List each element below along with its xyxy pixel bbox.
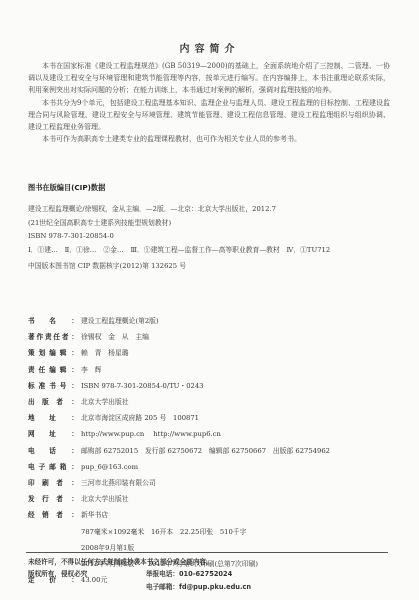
detail-label-colon: ： [71,362,78,378]
detail-label-char: 地 [28,410,35,426]
detail-label-char: 电 [28,443,35,459]
rights-reserved: 版权所有，侵权必究 [28,568,146,580]
detail-label: 策划编辑： [28,345,78,361]
detail-label-char: 策 [28,345,35,361]
detail-row: 网址：http://www.pup.cn http://www.pup6.cn [28,426,330,442]
summary-paragraph: 本书可作为高职高专土建类专业的监理课程教材，也可作为相关专业人员的参考书。 [28,133,390,145]
detail-label-char: 准 [39,378,46,394]
detail-label-char: 著 [28,329,35,345]
cip-line: Ⅰ．①建… Ⅱ．①徐… ②金… Ⅲ．①建筑工程—监督工作—高等职业教育—教材 Ⅳ… [28,244,330,258]
detail-label-char: 话 [49,443,56,459]
summary-body: 本书在国家标准《建设工程监理规范》(GB 50319—2000)的基础上，全面系… [28,60,390,145]
detail-label-char: 者 [56,475,63,491]
detail-label: 印刷者： [28,475,78,491]
detail-value: 邮购部 62752015 发行部 62750672 编辑部 62750667 出… [81,443,330,459]
cip-heading: 图书在版编目(CIP)数据 [28,183,105,193]
detail-label-colon: ： [71,459,78,475]
detail-label-colon: ： [71,345,78,361]
detail-label-colon: ： [71,329,78,345]
detail-label-char: 任 [39,362,46,378]
cip-line: (21世纪全国高职高专土建系列技能型规划教材) [28,217,330,231]
detail-label-char: 发 [28,491,35,507]
copy-notice: 未经许可，不得以任何方式复制或抄袭本书之部分或全部内容。 [28,556,251,568]
detail-row: 发行者：北京大学出版社 [28,491,330,507]
detail-label-colon: ： [71,507,78,523]
detail-label-char: 编 [49,345,56,361]
detail-value: pup_6@163.com [81,459,138,475]
copyright-footer: 未经许可，不得以任何方式复制或抄袭本书之部分或全部内容。 版权所有，侵权必究 举… [28,556,251,593]
detail-label: 地址： [28,410,78,426]
detail-label: 网址： [28,426,78,442]
detail-row: 印刷者：三河市北燕印装有限公司 [28,475,330,491]
cip-line: 中国版本图书馆 CIP 数据核字(2012)第 132625 号 [28,260,330,274]
summary-paragraph: 本书共分为9个单元，包括建设工程监理基本知识、监理企业与监理人员、建设工程监理的… [28,97,390,134]
detail-label-colon: ： [71,443,78,459]
detail-label-char: 经 [28,507,35,523]
detail-label: 书名： [28,313,78,329]
cip-line: ISBN 978-7-301-20854-0 [28,230,330,244]
summary-paragraph: 本书在国家标准《建设工程监理规范》(GB 50319—2000)的基础上，全面系… [28,60,390,97]
detail-label-char: 责 [28,362,35,378]
detail-label-char: 划 [39,345,46,361]
detail-row: 责任编辑：李 辉 [28,362,330,378]
detail-label-char: 作 [36,329,43,345]
detail-label-char: 书 [49,378,56,394]
detail-label-char: 编 [49,362,56,378]
detail-row: 策划编辑：赖 青 杨星璐 [28,345,330,361]
detail-label-char: 书 [28,313,35,329]
detail-value: 三河市北燕印装有限公司 [81,475,156,491]
divider-rule [26,552,388,553]
detail-row: 著作责任者：徐锡权 金 从 主编 [28,329,330,345]
detail-label-char: 名 [49,313,56,329]
report-email: 电子邮箱：fd@pup.pku.edu.cn [146,581,251,593]
detail-label-char: 者 [56,491,63,507]
detail-label-char: 行 [42,491,49,507]
detail-value: 2008年9月第1版 [81,540,134,556]
detail-label-char: 网 [28,426,35,442]
detail-label-char: 辑 [60,345,67,361]
detail-label-char: 者 [56,507,63,523]
detail-value: 赖 青 杨星璐 [81,345,129,361]
cip-block: 建设工程监理概论/徐锡权，金从主编．—2版．—北京：北京大学出版社，2012.7… [28,203,330,274]
detail-label-char: 标 [28,378,35,394]
detail-label-colon: ： [71,410,78,426]
detail-label-char: 销 [42,507,49,523]
detail-label-colon: ： [71,394,78,410]
detail-label-colon: ： [71,426,78,442]
detail-value: 北京市海淀区成府路 205 号 100871 [81,410,199,426]
detail-row: 2008年9月第1版 [28,540,330,556]
detail-label: 出版者： [28,394,78,410]
detail-label-char: 号 [60,378,67,394]
detail-label-char: 址 [49,410,56,426]
detail-label-char: 责 [45,329,52,345]
detail-label: 电话： [28,443,78,459]
detail-label-colon: ： [71,313,78,329]
detail-row: 标准书号：ISBN 978-7-301-20854-0/TU・0243 [28,378,330,394]
detail-row: 书名：建设工程监理概论(第2版) [28,313,330,329]
detail-value: 北京大学出版社 [81,394,129,410]
detail-value: 新华书店 [81,507,108,523]
detail-value: http://www.pup.cn http://www.pup6.cn [81,426,221,442]
detail-value: 北京大学出版社 [81,491,129,507]
publication-details: 书名：建设工程监理概论(第2版)著作责任者：徐锡权 金 从 主编策划编辑：赖 青… [28,313,330,588]
detail-value: 徐锡权 金 从 主编 [81,329,149,345]
report-hotline: 举报电话：010-62752024 [146,568,232,580]
detail-label-colon: ： [71,378,78,394]
detail-row: 电子邮箱：pup_6@163.com [28,459,330,475]
copyright-page: 内容简介 本书在国家标准《建设工程监理规范》(GB 50319—2000)的基础… [0,0,419,600]
detail-label-char: 者 [62,329,69,345]
detail-label-char: 任 [53,329,60,345]
detail-label-char: 邮 [49,459,56,475]
detail-label: 著作责任者： [28,329,78,345]
detail-label: 责任编辑： [28,362,78,378]
detail-label-char: 址 [49,426,56,442]
detail-label: 发行者： [28,491,78,507]
detail-label-char: 印 [28,475,35,491]
detail-label-char: 者 [56,394,63,410]
detail-label: 经销者： [28,507,78,523]
detail-value: 李 辉 [81,362,101,378]
cip-line: 建设工程监理概论/徐锡权，金从主编．—2版．—北京：北京大学出版社，2012.7 [28,203,330,217]
detail-row: 出版者：北京大学出版社 [28,394,330,410]
detail-label-char: 箱 [60,459,67,475]
detail-row: 地址：北京市海淀区成府路 205 号 100871 [28,410,330,426]
detail-label-char: 电 [28,459,35,475]
detail-label-char: 辑 [60,362,67,378]
detail-label-char: 刷 [42,475,49,491]
detail-label-colon: ： [71,475,78,491]
detail-label-char: 出 [28,394,35,410]
detail-label-char: 子 [39,459,46,475]
detail-label-colon: ： [71,491,78,507]
detail-label: 标准书号： [28,378,78,394]
detail-value: 建设工程监理概论(第2版) [81,313,159,329]
detail-row: 787毫米×1092毫米 16开本 22.25印张 510千字 [28,524,330,540]
summary-title: 内容简介 [0,40,419,55]
detail-row: 电话：邮购部 62752015 发行部 62750672 编辑部 6275066… [28,443,330,459]
detail-label-char: 版 [42,394,49,410]
detail-value: ISBN 978-7-301-20854-0/TU・0243 [81,378,204,394]
detail-value: 787毫米×1092毫米 16开本 22.25印张 510千字 [81,524,246,540]
detail-row: 经销者：新华书店 [28,507,330,523]
detail-label: 电子邮箱： [28,459,78,475]
